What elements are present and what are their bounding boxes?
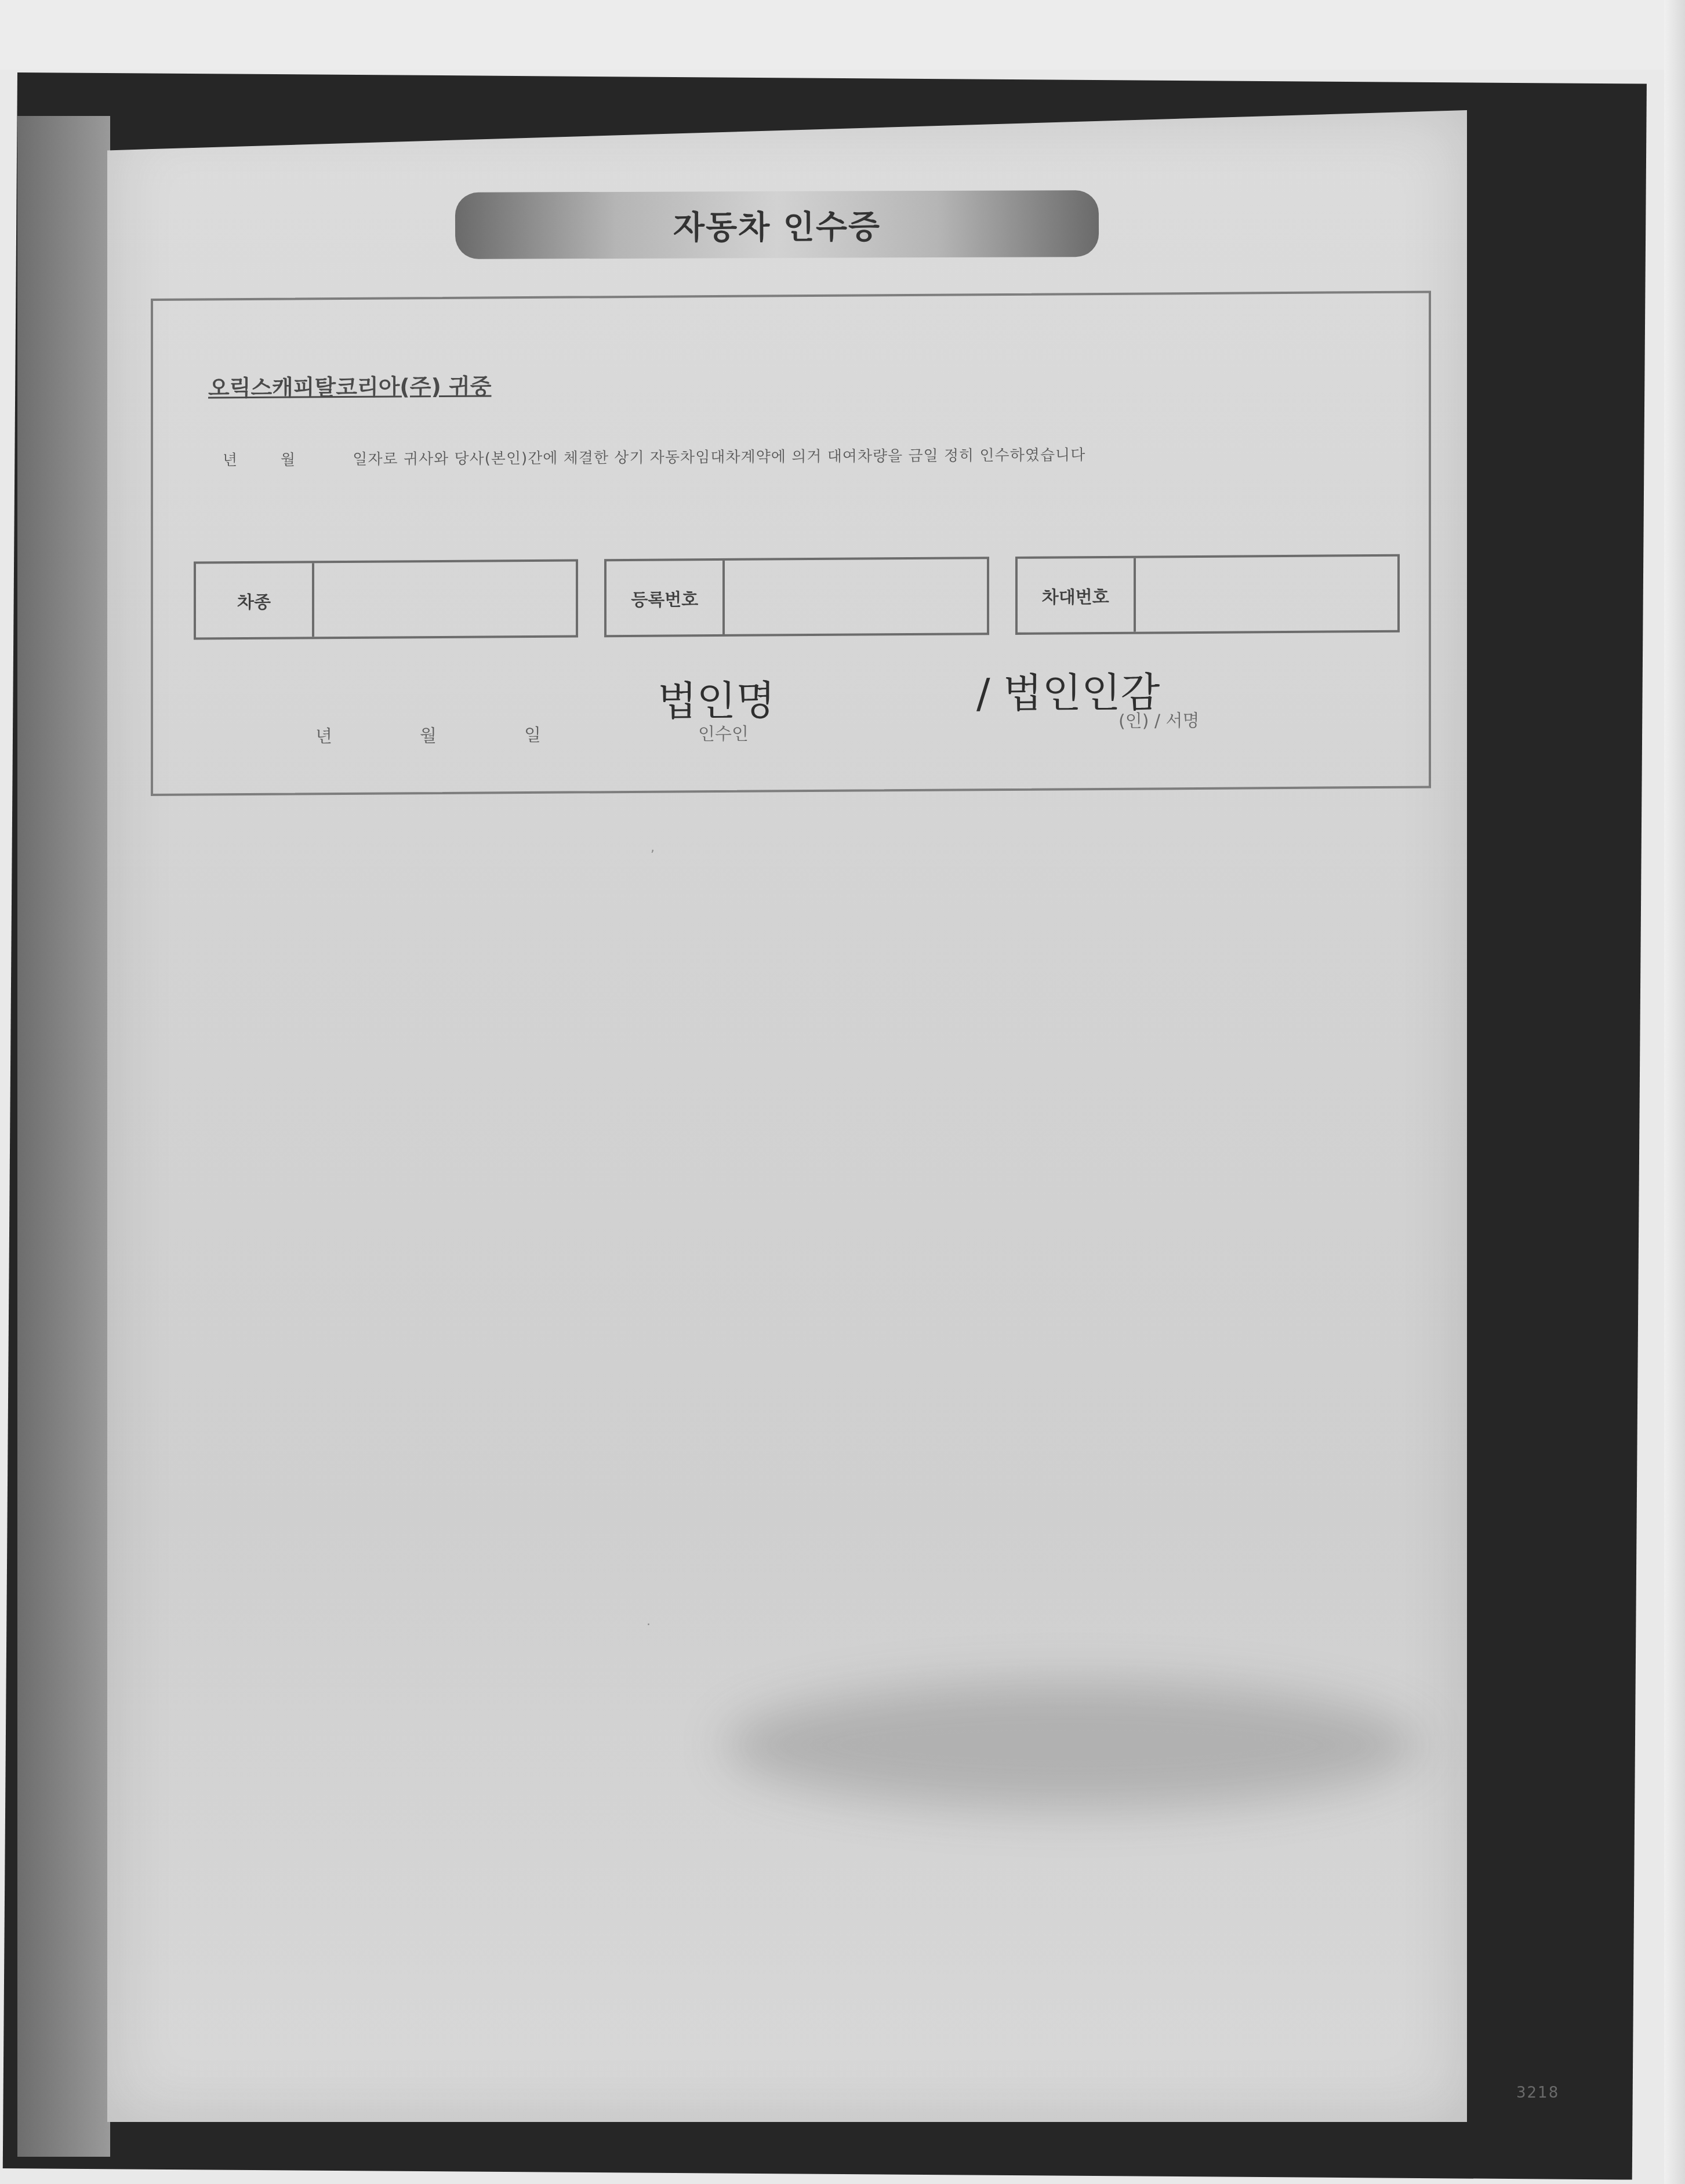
addressee: 오릭스캐피탈코리아(주) 귀중 <box>208 368 491 402</box>
statement-month: 월 <box>281 448 339 470</box>
registration-number-input[interactable] <box>725 559 986 634</box>
signature-day: 일 <box>524 720 629 746</box>
signature-year: 년 <box>315 721 420 747</box>
receiver-label: 인수인 <box>698 719 749 746</box>
field-vin: 차대번호 <box>1015 554 1400 635</box>
statement-text: 일자로 귀사와 당사(본인)간에 체결한 상기 자동차임대차계약에 의거 대여차… <box>353 446 1085 468</box>
background-edge <box>1664 0 1685 2184</box>
signature-line: 년월일 법인명 인수인 / 법인인감 (인) / 서명 <box>315 693 1359 764</box>
document-title-banner: 자동차 인수증 <box>455 190 1099 259</box>
field-registration-number: 등록번호 <box>604 557 989 637</box>
seal-signature-label: (인) / 서명 <box>1119 706 1200 732</box>
page-shadow <box>17 116 110 2157</box>
photo-shadow <box>725 1681 1421 1809</box>
receipt-form: 오릭스캐피탈코리아(주) 귀중 년월 일자로 귀사와 당사(본인)간에 체결한 … <box>151 291 1431 796</box>
speck-mark: , <box>651 841 655 855</box>
document-title: 자동차 인수증 <box>673 201 881 248</box>
background-surface <box>0 0 1685 70</box>
field-label: 등록번호 <box>607 561 725 635</box>
page-code: 3218 <box>1516 2084 1559 2102</box>
vehicle-fields: 차종 등록번호 차대번호 <box>194 554 1400 640</box>
speck-mark: · <box>647 1618 651 1632</box>
vehicle-type-input[interactable] <box>314 562 576 637</box>
signature-month: 월 <box>420 721 524 747</box>
corporate-name-annotation: 법인명 <box>658 668 775 727</box>
field-vehicle-type: 차종 <box>194 559 578 639</box>
field-label: 차대번호 <box>1018 558 1136 633</box>
receipt-statement: 년월 일자로 귀사와 당사(본인)간에 체결한 상기 자동차임대차계약에 의거 … <box>223 443 1085 470</box>
statement-date: 년월 <box>223 448 347 470</box>
statement-year: 년 <box>223 448 281 470</box>
vin-input[interactable] <box>1136 557 1397 632</box>
field-label: 차종 <box>196 563 314 637</box>
signature-date: 년월일 <box>315 720 629 747</box>
